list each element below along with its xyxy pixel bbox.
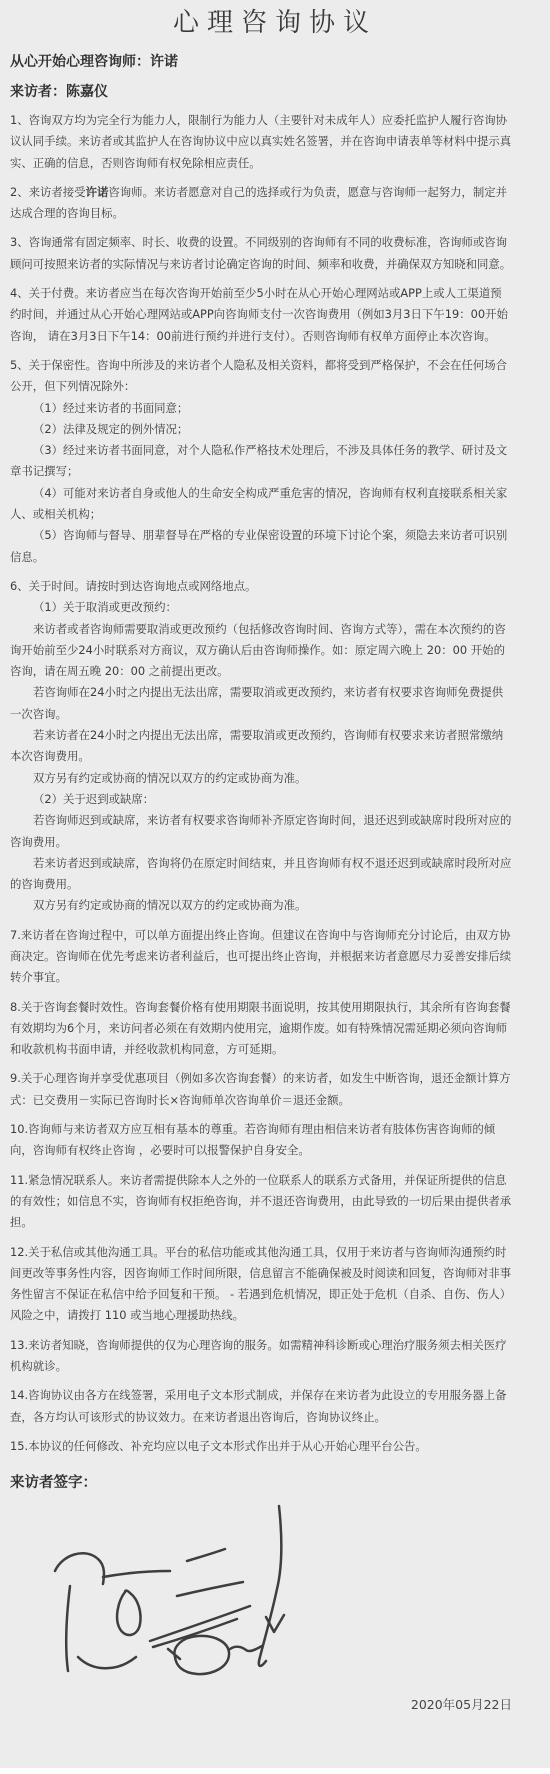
agreement-item-12: 12.关于私信或其他沟通工具。平台的私信功能或其他沟通工具，仅用于来访者与咨询师… xyxy=(10,1242,512,1327)
agreement-item-1: 1、咨询双方均为完全行为能力人，限制行为能力人（主要针对未成年人）应委托监护人履… xyxy=(10,110,512,174)
agreement-item-9: 9.关于心理咨询并享受优惠项目（例如多次咨询套餐）的来访者，如发生中断咨询，退还… xyxy=(10,1068,512,1111)
agreement-items: 1、咨询双方均为完全行为能力人，限制行为能力人（主要针对未成年人）应委托监护人履… xyxy=(10,110,512,1457)
agreement-paragraph: 13.来访者知晓，咨询师提供的仅为心理咨询的服务。如需精神科诊断或心理治疗服务须… xyxy=(10,1335,512,1378)
agreement-paragraph: 若咨询师在24小时之内提出无法出席，需要取消或更改预约，来访者有权要求咨询师免费… xyxy=(10,682,512,725)
agreement-item-15: 15.本协议的任何修改、补充均应以电子文本形式作出并于从心开始心理平台公告。 xyxy=(10,1436,512,1457)
agreement-paragraph: 双方另有约定或协商的情况以双方的约定或协商为准。 xyxy=(10,895,512,916)
agreement-item-6: 6、关于时间。请按时到达咨询地点或网络地点。（1）关于取消或更改预约：来访者或者… xyxy=(10,576,512,917)
text-segment: 2、来访者接受 xyxy=(10,185,86,199)
counselor-name-line: 从心开始心理咨询师：许诺 xyxy=(10,53,512,72)
agreement-paragraph: （1）关于取消或更改预约： xyxy=(10,597,512,618)
handwritten-signature-scribble xyxy=(30,1499,300,1684)
agreement-paragraph: 8.关于咨询套餐时效性。咨询套餐价格有使用期限书面说明，按其使用期限执行，其余所… xyxy=(10,997,512,1061)
agreement-paragraph: 2、来访者接受许诺咨询师。来访者愿意对自己的选择或行为负责，愿意与咨询师一起努力… xyxy=(10,182,512,225)
agreement-item-3: 3、咨询通常有固定频率、时长、收费的设置。不同级别的咨询师有不同的收费标准，咨询… xyxy=(10,232,512,275)
agreement-paragraph: 15.本协议的任何修改、补充均应以电子文本形式作出并于从心开始心理平台公告。 xyxy=(10,1436,512,1457)
signature-label: 来访者签字： xyxy=(10,1473,512,1493)
agreement-paragraph: （4）可能对来访者自身或他人的生命安全构成严重危害的情况，咨询师有权利直接联系相… xyxy=(10,483,512,526)
agreement-paragraph: 若咨询师迟到或缺席，来访者有权要求咨询师补齐原定咨询时间，退还迟到或缺席时段所对… xyxy=(10,810,512,853)
agreement-item-7: 7.来访者在咨询过程中，可以单方面提出终止咨询。但建议在咨询中与咨询师充分讨论后… xyxy=(10,925,512,989)
agreement-item-2: 2、来访者接受许诺咨询师。来访者愿意对自己的选择或行为负责，愿意与咨询师一起努力… xyxy=(10,182,512,225)
agreement-item-5: 5、关于保密性。咨询中所涉及的来访者个人隐私及相关资料，都将受到严格保护，不会在… xyxy=(10,355,512,568)
agreement-paragraph: 3、咨询通常有固定频率、时长、收费的设置。不同级别的咨询师有不同的收费标准，咨询… xyxy=(10,232,512,275)
agreement-item-4: 4、关于付费。来访者应当在每次咨询开始前至少5小时在从心开始心理网站或APP上或… xyxy=(10,283,512,347)
agreement-paragraph: 12.关于私信或其他沟通工具。平台的私信功能或其他沟通工具，仅用于来访者与咨询师… xyxy=(10,1242,512,1327)
agreement-paragraph: 4、关于付费。来访者应当在每次咨询开始前至少5小时在从心开始心理网站或APP上或… xyxy=(10,283,512,347)
agreement-paragraph: 1、咨询双方均为完全行为能力人，限制行为能力人（主要针对未成年人）应委托监护人履… xyxy=(10,110,512,174)
agreement-paragraph: 11.紧急情况联系人。来访者需提供除本人之外的一位联系人的联系方式备用，并保证所… xyxy=(10,1170,512,1234)
agreement-paragraph: 9.关于心理咨询并享受优惠项目（例如多次咨询套餐）的来访者，如发生中断咨询，退还… xyxy=(10,1068,512,1111)
agreement-paragraph: （1）经过来访者的书面同意； xyxy=(10,398,512,419)
agreement-paragraph: （2）关于迟到或缺席： xyxy=(10,789,512,810)
agreement-paragraph: 5、关于保密性。咨询中所涉及的来访者个人隐私及相关资料，都将受到严格保护，不会在… xyxy=(10,355,512,398)
agreement-paragraph: 14.咨询协议由各方在线签署，采用电子文本形式制成，并保存在来访者为此设立的专用… xyxy=(10,1385,512,1428)
agreement-paragraph: （5）咨询师与督导、朋辈督导在严格的专业保密设置的环境下讨论个案，须隐去来访者可… xyxy=(10,525,512,568)
visitor-signature-image xyxy=(30,1499,300,1684)
page-title: 心理咨询协议 xyxy=(0,8,550,38)
agreement-paragraph: 6、关于时间。请按时到达咨询地点或网络地点。 xyxy=(10,576,512,597)
agreement-paragraph: （2）法律及规定的例外情况； xyxy=(10,419,512,440)
agreement-paragraph: 7.来访者在咨询过程中，可以单方面提出终止咨询。但建议在咨询中与咨询师充分讨论后… xyxy=(10,925,512,989)
agreement-item-14: 14.咨询协议由各方在线签署，采用电子文本形式制成，并保存在来访者为此设立的专用… xyxy=(10,1385,512,1428)
agreement-paragraph: （3）经过来访者书面同意，对个人隐私作严格技术处理后，不涉及具体任务的教学、研讨… xyxy=(10,440,512,483)
agreement-paragraph: 双方另有约定或协商的情况以双方的约定或协商为准。 xyxy=(10,768,512,789)
visitor-name-line: 来访者：陈嘉仪 xyxy=(10,83,512,102)
signature-date: 2020年05月22日 xyxy=(10,1696,512,1713)
counselor-name-emphasis: 许诺 xyxy=(86,185,109,199)
agreement-paragraph: 若来访者在24小时之内提出无法出席，需要取消或更改预约，咨询师有权要求来访者照常… xyxy=(10,725,512,768)
agreement-item-13: 13.来访者知晓，咨询师提供的仅为心理咨询的服务。如需精神科诊断或心理治疗服务须… xyxy=(10,1335,512,1378)
agreement-item-8: 8.关于咨询套餐时效性。咨询套餐价格有使用期限书面说明，按其使用期限执行，其余所… xyxy=(10,997,512,1061)
agreement-item-11: 11.紧急情况联系人。来访者需提供除本人之外的一位联系人的联系方式备用，并保证所… xyxy=(10,1170,512,1234)
agreement-document: 心理咨询协议 从心开始心理咨询师：许诺 来访者：陈嘉仪 1、咨询双方均为完全行为… xyxy=(0,0,550,1768)
agreement-paragraph: 10.咨询师与来访者双方应互相有基本的尊重。若咨询师有理由相信来访者有肢体伤害咨… xyxy=(10,1119,512,1162)
agreement-item-10: 10.咨询师与来访者双方应互相有基本的尊重。若咨询师有理由相信来访者有肢体伤害咨… xyxy=(10,1119,512,1162)
agreement-paragraph: 若来访者迟到或缺席，咨询将仍在原定时间结束，并且咨询师有权不退还迟到或缺席时段所… xyxy=(10,853,512,896)
agreement-paragraph: 来访者或者咨询师需要取消或更改预约（包括修改咨询时间、咨询方式等），需在本次预约… xyxy=(10,619,512,683)
